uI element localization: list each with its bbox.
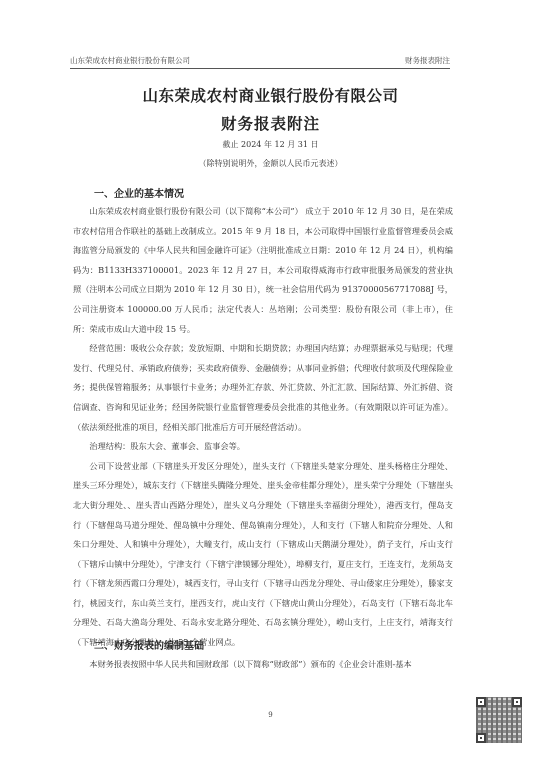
qr-finder-icon (476, 733, 486, 743)
as-of-date: 截止 2024 年 12 月 31 日 (0, 139, 541, 150)
paragraph-business-scope: 经营范围：吸收公众存款；发放短期、中期和长期贷款；办理国内结算；办理票据承兑与贴… (73, 339, 453, 437)
qr-finder-icon (476, 697, 486, 707)
company-title: 山东荣成农村商业银行股份有限公司 (0, 84, 541, 106)
qr-code-icon (476, 697, 522, 743)
section-heading-basic-info: 一、企业的基本情况 (94, 185, 184, 200)
header-doc-type: 财务报表附注 (405, 55, 450, 66)
section-heading-preparation-basis: 二、财务报表的编制基础 (94, 637, 204, 652)
section-body-basic-info: 山东荣成农村商业银行股份有限公司（以下简称“本公司”） 成立于 2010 年 1… (73, 202, 453, 653)
header-company: 山东荣成农村商业银行股份有限公司 (70, 55, 190, 66)
qr-finder-icon (512, 697, 522, 707)
paragraph-company-overview: 山东荣成农村商业银行股份有限公司（以下简称“本公司”） 成立于 2010 年 1… (73, 202, 453, 339)
document-page: 山东荣成农村商业银行股份有限公司 财务报表附注 山东荣成农村商业银行股份有限公司… (0, 0, 541, 773)
section-body-preparation-basis: 本财务报表按照中华人民共和国财政部（以下简称“财政部”）颁布的《企业会计准则-基… (73, 655, 453, 675)
running-header: 山东荣成农村商业银行股份有限公司 财务报表附注 (70, 54, 450, 69)
paragraph-preparation-basis: 本财务报表按照中华人民共和国财政部（以下简称“财政部”）颁布的《企业会计准则-基… (73, 655, 453, 675)
paragraph-governance: 治理结构：股东大会、董事会、监事会等。 (73, 437, 453, 457)
currency-note: （除特别说明外，金额以人民币元表述） (0, 158, 541, 169)
document-title: 财务报表附注 (0, 112, 541, 134)
page-number: 9 (0, 711, 541, 719)
paragraph-branches: 公司下设营业部（下辖崖头开发区分理处），崖头支行（下辖崖头楚家分理处、崖头杨格庄… (73, 457, 453, 653)
